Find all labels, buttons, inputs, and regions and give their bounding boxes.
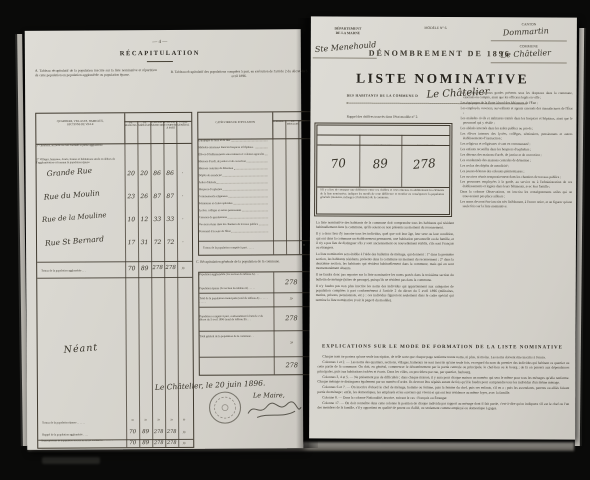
departement-block: DÉPARTEMENT DE LA MARNE bbox=[315, 26, 381, 40]
table-b-header: CATÉGORIES DE POPULATION NOMBRE D'ÉTABL.… bbox=[198, 112, 310, 140]
instruction-paragraph: La liste nominative sera établie à l'aid… bbox=[316, 252, 454, 271]
table-a-subcol-2: POPULATION MUNICIPALE bbox=[150, 121, 164, 143]
intro-b: B. Tableau récapitulatif des populations… bbox=[167, 69, 311, 94]
scanned-register-spread: — 4 — RÉCAPITULATION A. Tableau récapitu… bbox=[0, 0, 590, 480]
instruction-item: Les enfants recueillis dans les hospices… bbox=[460, 147, 572, 152]
table-a-subcol-1: DE MÉNAGES bbox=[137, 121, 151, 143]
recap-c-row-label: Total général de la population de la com… bbox=[200, 334, 269, 346]
table-a-body: 1° Quartiers, sections ou rues formant l… bbox=[36, 143, 193, 448]
instruction-item: Les militaires de tous grades présents s… bbox=[461, 91, 573, 100]
rappel-box: NOMBRE DE MAISONS DE MÉNAGES D'HABITANTS… bbox=[316, 124, 450, 215]
grid-line bbox=[200, 356, 312, 358]
street-name: Rue de la Mouline bbox=[42, 211, 107, 224]
canton-entry: Dommartin bbox=[503, 26, 549, 37]
intro-a: A. Tableau récapitulatif de la populatio… bbox=[35, 68, 157, 99]
table-row: Rue du Moulin 23 26 87 87 · bbox=[37, 186, 192, 209]
grid-line bbox=[272, 138, 274, 254]
table-b-subcol-0: D'ÉTABL. bbox=[272, 120, 285, 138]
commune-line bbox=[491, 62, 567, 63]
modele-label: MODÈLE N° 6. bbox=[391, 26, 481, 34]
table-row: Grande Rue 20 20 86 86 · bbox=[37, 163, 192, 186]
table-a-subcol-4: TOTAL GÉNÉRAL bbox=[176, 121, 189, 143]
instruction-paragraph: La liste nominative des habitants de la … bbox=[316, 220, 454, 230]
rappel-footnote: S'il y a lieu de constater une différenc… bbox=[320, 188, 444, 212]
table-b-body: Équipages de terre et de mer Malades ent… bbox=[198, 138, 311, 255]
film-caption-smudge bbox=[42, 457, 100, 464]
instruction-item: Les élèves internes des lycées, collèges… bbox=[460, 132, 572, 141]
grid-line bbox=[273, 272, 275, 374]
instructions-left-column: La liste nominative des habitants de la … bbox=[316, 220, 455, 341]
rappel-col-2: D'HABITANTS bbox=[401, 135, 449, 145]
table-row: Rue de la Mouline 10 12 33 33 · bbox=[37, 209, 192, 232]
recap-title-rule bbox=[147, 61, 173, 62]
rappel-value-maisons: 70 bbox=[317, 155, 360, 172]
instruction-item: Les malades civils et militaires traités… bbox=[460, 116, 572, 125]
grid-line bbox=[285, 138, 287, 254]
table-a-header: QUARTIERS, VILLAGES, HAMEAUX, SECTIONS D… bbox=[36, 113, 191, 145]
mairie-stamp bbox=[207, 390, 243, 426]
rappel-values: 70 89 278 bbox=[317, 144, 449, 188]
instruction-item: Les personnes employées à la garde, au s… bbox=[460, 180, 572, 189]
recap-c-row-label: Population agglomérée (1re section du ta… bbox=[199, 272, 268, 286]
rappel-col-0: DE MAISONS bbox=[317, 134, 359, 144]
table-a-population: QUARTIERS, VILLAGES, HAMEAUX, SECTIONS D… bbox=[35, 112, 194, 449]
instruction-paragraph: Il y a donc lieu d'y inscrire tous les i… bbox=[316, 232, 454, 251]
instruction-paragraph: Il ne faudra donc pas reporter sur la li… bbox=[316, 273, 454, 283]
departement-value: DE LA MARNE bbox=[336, 31, 361, 35]
explication-paragraph: Colonnes 3, 4 et 5. — Ne présentent pas … bbox=[317, 375, 569, 385]
rappel-value-menages: 89 bbox=[359, 155, 402, 172]
totals-generaux-row: Totaux généraux de la population inscrit… bbox=[38, 439, 193, 448]
instruction-item: Les équipages de la flotte à bord des bâ… bbox=[461, 101, 573, 106]
table-b-categories: CATÉGORIES DE POPULATION NOMBRE D'ÉTABL.… bbox=[197, 111, 312, 256]
liste-nominative-title: LISTE NOMINATIVE bbox=[329, 70, 557, 87]
commune-entry: Le Châtelier bbox=[501, 48, 552, 59]
page-number: — 4 — bbox=[55, 39, 265, 45]
street-name: Rue du Moulin bbox=[43, 188, 99, 201]
instruction-item: Les noms devront être inscrits très lisi… bbox=[460, 200, 572, 209]
table-row: Rue St Bernard 17 31 72 72 · bbox=[37, 232, 192, 255]
explication-paragraph: Colonnes 1 et 2. — Les noms des quartier… bbox=[317, 360, 569, 375]
canton-line bbox=[491, 40, 567, 41]
table-a-subcol-3: POPULATION COMPTÉE À PART bbox=[163, 121, 177, 143]
left-page: — 4 — RÉCAPITULATION A. Tableau récapitu… bbox=[25, 29, 304, 450]
explications-paragraphs: Chaque nom ne portera qu'une seule inscr… bbox=[317, 354, 569, 435]
rappel-value-habitants: 278 bbox=[401, 155, 448, 173]
rappel-caption: Rappel des chiffres trouvés dans l'état … bbox=[318, 114, 446, 123]
instruction-item: Dans la colonne Observations, on inscrir… bbox=[460, 190, 572, 199]
instruction-item: Les jeunes détenus des colonies pénitent… bbox=[460, 169, 572, 174]
table-b-head-cell: CATÉGORIES DE POPULATION bbox=[198, 112, 273, 138]
instruction-item: Les aliénés internés dans les asiles pub… bbox=[460, 126, 572, 131]
explications-title: EXPLICATIONS SUR LE MODE DE FORMATION DE… bbox=[315, 344, 569, 350]
table-a-section1: 1° Quartiers, sections ou rues formant l… bbox=[36, 143, 119, 158]
rappel-col-1: DE MÉNAGES bbox=[359, 135, 402, 145]
departement-label: DÉPARTEMENT bbox=[334, 27, 361, 31]
instruction-paragraph: Il n'y faudra pas non plus inscrire les … bbox=[316, 284, 454, 303]
instruction-item: Les employés, ouvriers, surveillants et … bbox=[460, 107, 572, 116]
instruction-item: Les ouvriers réunis temporairement dans … bbox=[460, 175, 572, 180]
table-b-totals-row: Totaux de la population comptée à part .… bbox=[199, 240, 311, 253]
category-row: Personnel à la suite de l'État bbox=[199, 229, 269, 236]
totals-eparse-row: Totaux de la population éparse . . . . .… bbox=[38, 415, 193, 428]
recap-title: RÉCAPITULATION bbox=[55, 49, 265, 57]
instruction-item: Les condamnés des maisons centrales de d… bbox=[460, 158, 572, 163]
neant-entry: Néant bbox=[63, 342, 98, 356]
explication-paragraph: Colonnes 6 et 7. — On inscrira d'abord l… bbox=[317, 385, 569, 395]
instruction-item: Les détenus des maisons d'arrêt, de just… bbox=[460, 153, 572, 158]
mayor-signature bbox=[245, 398, 303, 420]
table-a-head-cell: QUARTIERS, VILLAGES, HAMEAUX, SECTIONS D… bbox=[36, 113, 125, 144]
street-name: Rue St Bernard bbox=[45, 234, 105, 247]
rappel-row: Rappel de la population agglomérée . . .… bbox=[38, 427, 193, 440]
instructions-right-column: Les militaires de tous grades présents s… bbox=[460, 91, 573, 341]
explication-paragraph: Colonne 17. — On doit connaître dans cet… bbox=[317, 401, 569, 411]
totals-agglomeree-row: Totaux de la population agglomérée . . .… bbox=[37, 261, 192, 278]
instruction-item: Les reclus des dépôts de mendicité ; bbox=[460, 164, 572, 169]
table-a-head-line2: SECTIONS DE VILLE bbox=[67, 123, 94, 126]
table-a-subcol-0: DE MAISONS bbox=[124, 121, 137, 143]
street-name: Grande Rue bbox=[46, 166, 92, 178]
instruction-item: Les religieux et religieuses vivant en c… bbox=[460, 142, 572, 147]
right-page: DÉPARTEMENT DE LA MARNE Ste Menehould MO… bbox=[309, 16, 577, 439]
